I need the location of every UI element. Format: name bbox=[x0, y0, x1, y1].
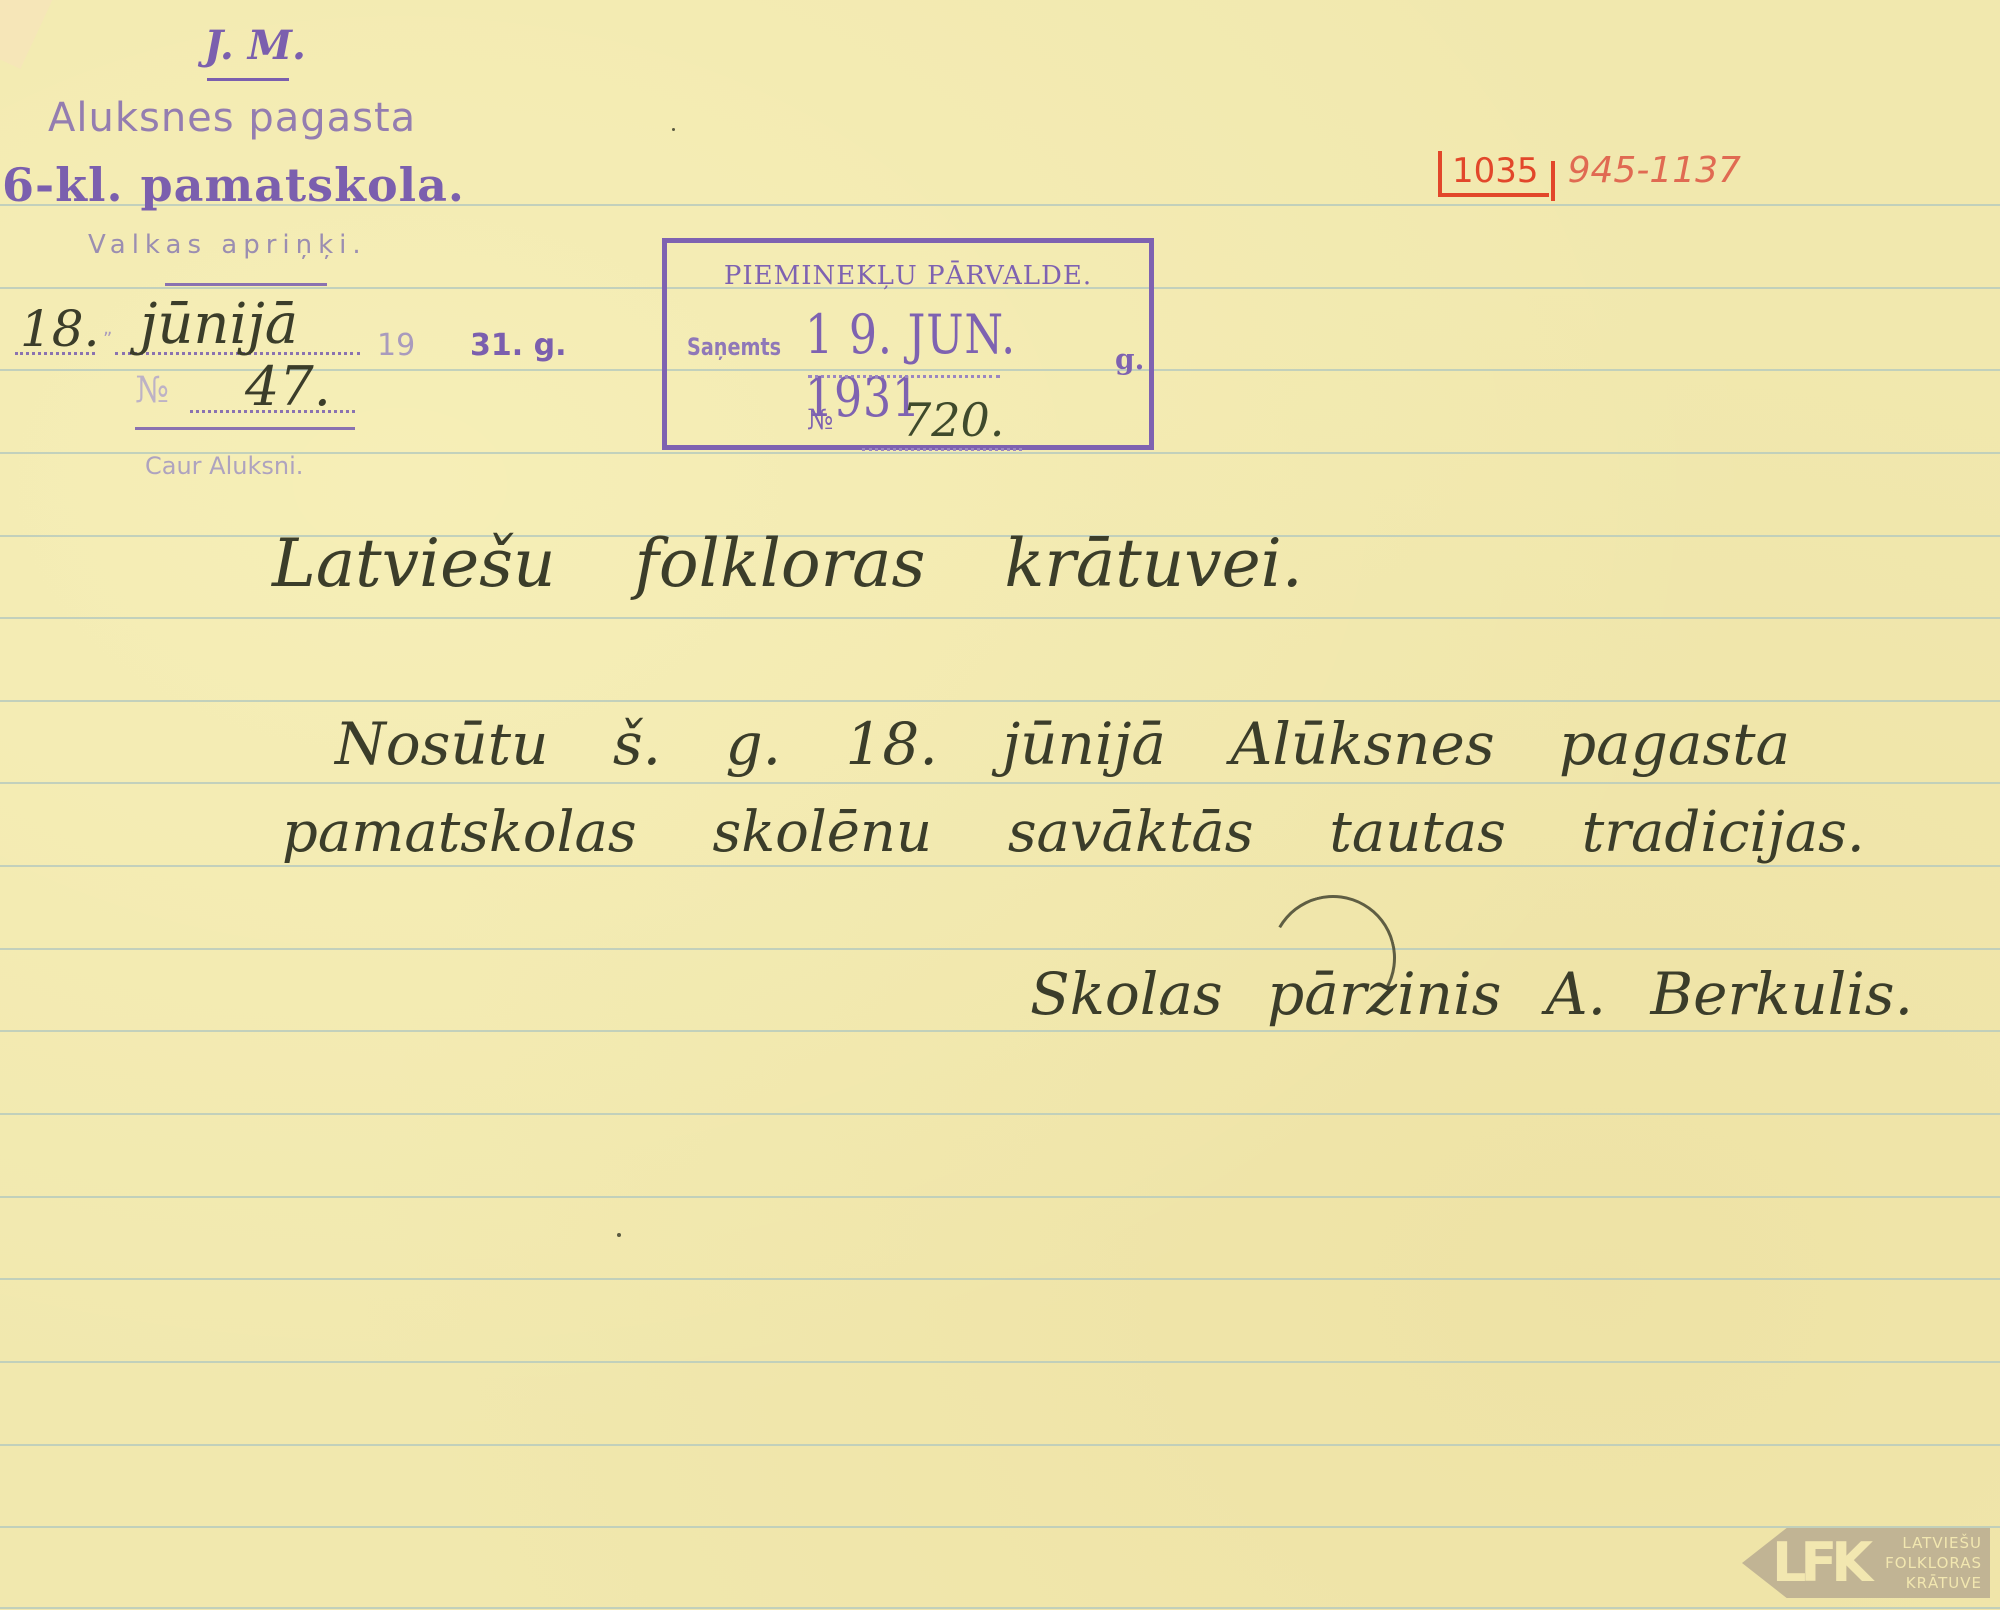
letter-body-line-2: pamatskolas skolēnu savāktās tautas trad… bbox=[282, 800, 1865, 865]
received-year-suffix: g. bbox=[1115, 343, 1144, 376]
number-underline bbox=[135, 427, 355, 430]
day-quote-mark: „ bbox=[103, 318, 112, 339]
archive-reference-annotation: 1035 945-1137 bbox=[1438, 150, 1741, 197]
ruled-line bbox=[0, 782, 2000, 784]
logo-line-3: KRĀTUVE bbox=[1870, 1573, 1982, 1593]
handwritten-day: 18. bbox=[20, 300, 100, 358]
ruled-line bbox=[0, 948, 2000, 950]
via-text: Caur Aluksni. bbox=[145, 452, 303, 480]
year-suffix: 31. g. bbox=[470, 328, 566, 363]
letterhead-initials: J. M. bbox=[190, 22, 320, 69]
ruled-line bbox=[0, 700, 2000, 702]
ruled-line bbox=[0, 617, 2000, 619]
letterhead-district: Valkas apriņķi. bbox=[88, 230, 367, 260]
logo-line-1: LATVIEŠU bbox=[1870, 1533, 1982, 1553]
letter-page: J. M. Aluksnes pagasta 6-kl. pamatskola.… bbox=[0, 0, 2000, 1610]
ruled-line bbox=[0, 1278, 2000, 1280]
letterhead-school: 6-kl. pamatskola. bbox=[2, 158, 465, 212]
paper-speck bbox=[617, 1233, 621, 1237]
archive-item-range: 945-1137 bbox=[1568, 150, 1741, 191]
letterhead-divider bbox=[165, 283, 327, 286]
handwritten-month: jūnijā bbox=[140, 292, 298, 357]
letterhead-parish: Aluksnes pagasta bbox=[48, 95, 416, 141]
paper-speck bbox=[1160, 1012, 1163, 1015]
paper-speck bbox=[672, 128, 675, 131]
ruled-line bbox=[0, 1526, 2000, 1528]
handwritten-number: 47. bbox=[245, 355, 331, 418]
year-prefix: 19 bbox=[377, 328, 415, 363]
number-label: № bbox=[135, 370, 169, 411]
received-stamp-title: PIEMINEKĻU PĀRVALDE. bbox=[667, 261, 1149, 291]
ruled-line bbox=[0, 1196, 2000, 1198]
ruled-line bbox=[0, 1361, 2000, 1363]
received-number-dotted-line bbox=[862, 448, 1022, 451]
initials-underline bbox=[207, 78, 289, 81]
archive-box-number: 1035 bbox=[1438, 151, 1549, 197]
letter-addressee: Latviešu folkloras krātuvei. bbox=[272, 525, 1303, 602]
ruled-line bbox=[0, 1444, 2000, 1446]
received-number-value: 720. bbox=[902, 393, 1004, 447]
logo-line-2: FOLKLORAS bbox=[1870, 1553, 1982, 1573]
received-label: Saņemts bbox=[687, 333, 781, 361]
ruled-line bbox=[0, 1113, 2000, 1115]
received-stamp: PIEMINEKĻU PĀRVALDE. Saņemts 1 9. JUN. 1… bbox=[662, 238, 1154, 450]
logo-wordmark: LATVIEŠU FOLKLORAS KRĀTUVE bbox=[1870, 1533, 1982, 1593]
letter-body-line-1: Nosūtu š. g. 18. jūnijā Alūksnes pagasta bbox=[335, 710, 1790, 778]
letter-signature: Skolas pārzinis A. Berkulis. bbox=[1030, 960, 1913, 1028]
ruled-line bbox=[0, 1607, 2000, 1609]
ruled-line bbox=[0, 1030, 2000, 1032]
logo-mark-icon: LFK bbox=[1772, 1532, 1867, 1594]
ruled-line bbox=[0, 865, 2000, 867]
archive-logo: LFK LATVIEŠU FOLKLORAS KRĀTUVE bbox=[1742, 1528, 1990, 1598]
received-date-dotted-line bbox=[808, 375, 1000, 378]
corner-fold bbox=[0, 0, 54, 69]
received-number-label: № bbox=[807, 403, 834, 436]
